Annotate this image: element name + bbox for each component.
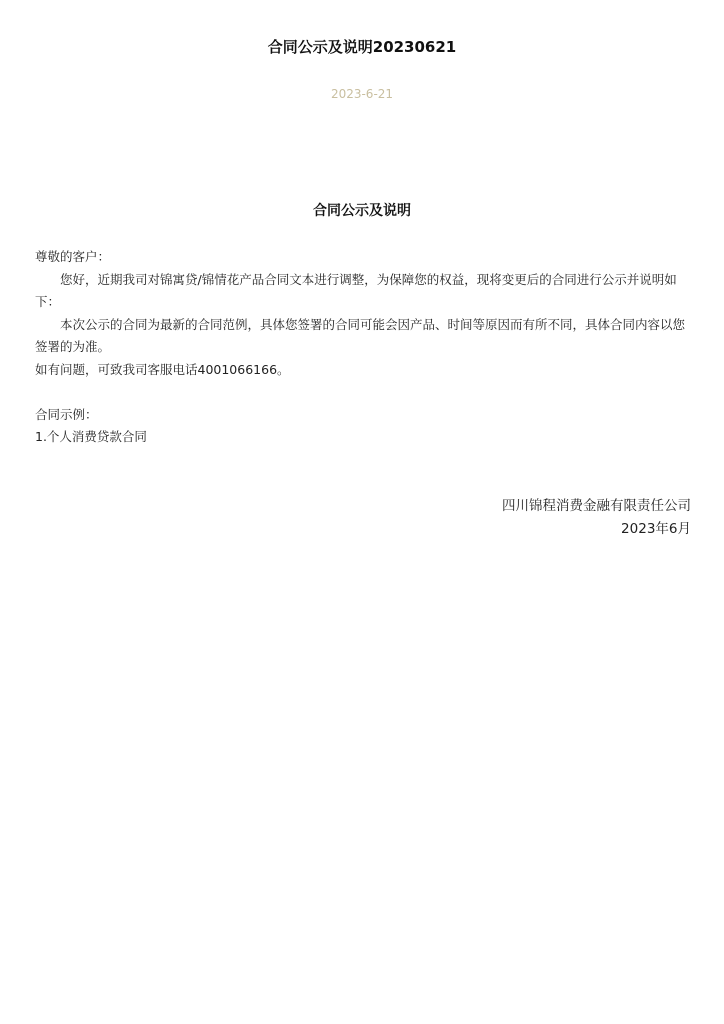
page-title: 合同公示及说明20230621 [0, 36, 724, 57]
examples-label: 合同示例： [35, 404, 695, 427]
paragraph-contract-scope: 本次公示的合同为最新的合同范例，具体您签署的合同可能会因产品、时间等原因而有所不… [35, 314, 695, 359]
article-heading: 合同公示及说明 [0, 200, 724, 220]
example-item: 1.个人消费贷款合同 [35, 426, 695, 449]
greeting: 尊敬的客户： [35, 246, 695, 269]
paragraph-adjustment-notice: 您好，近期我司对锦寓贷/锦情花产品合同文本进行调整，为保障您的权益，现将变更后的… [35, 269, 695, 314]
signature-block: 四川锦程消费金融有限责任公司 2023年6月 [502, 495, 691, 541]
signature-date: 2023年6月 [502, 518, 691, 541]
publish-date: 2023-6-21 [0, 87, 724, 101]
article-body: 尊敬的客户： 您好，近期我司对锦寓贷/锦情花产品合同文本进行调整，为保障您的权益… [35, 246, 695, 449]
spacer [35, 381, 695, 404]
contact-info: 如有问题，可致我司客服电话4001066166。 [35, 359, 695, 382]
company-name: 四川锦程消费金融有限责任公司 [502, 495, 691, 518]
contract-link-personal-consumer-loan[interactable]: 1.个人消费贷款合同 [35, 429, 147, 444]
